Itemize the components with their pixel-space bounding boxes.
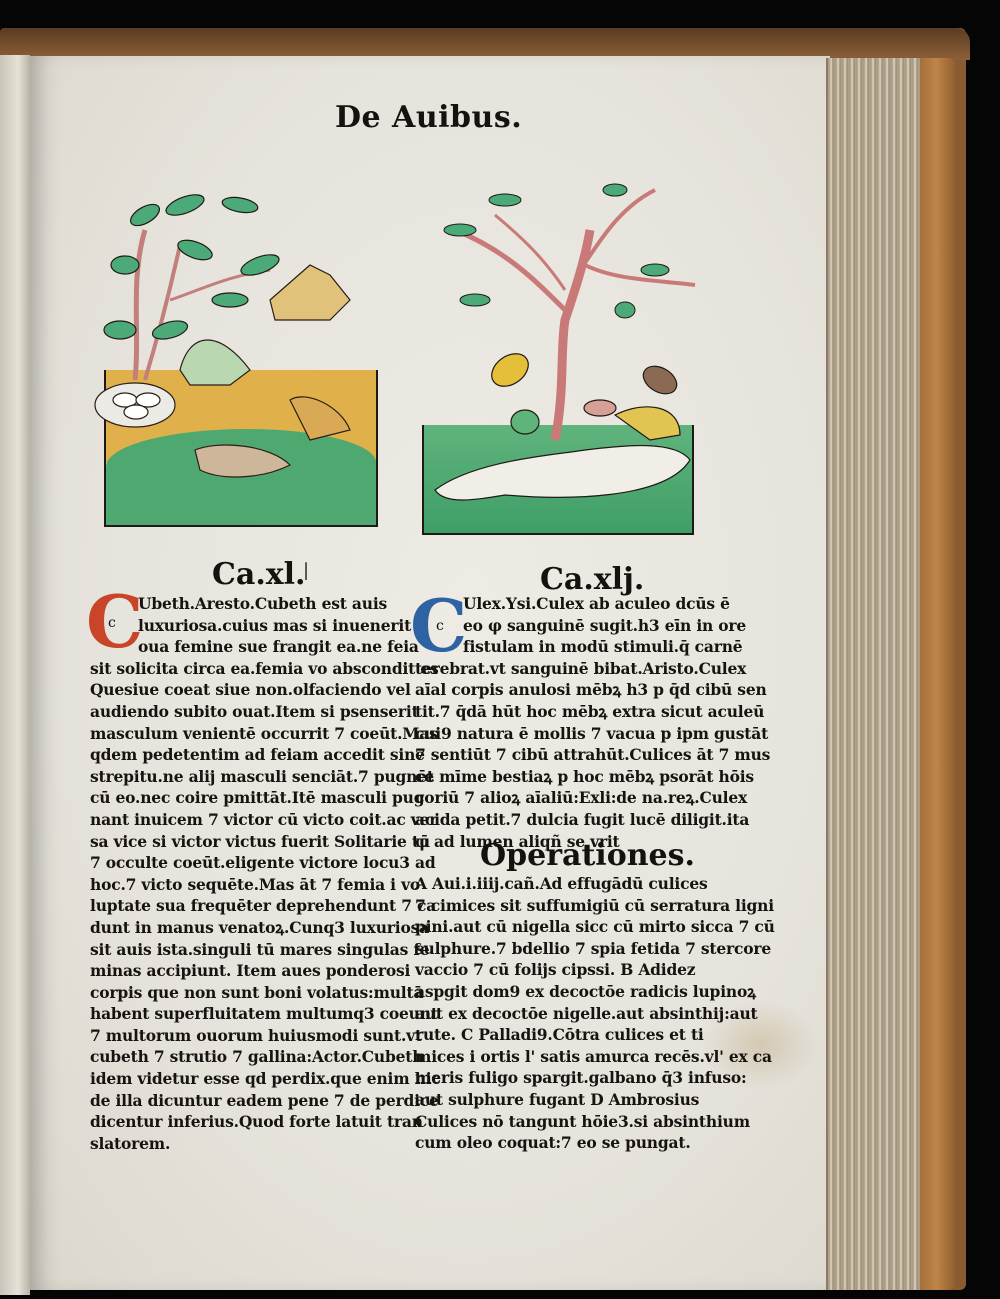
text-line: tit.7 q̄dā hūt hoc mēbꝝ extra sicut acul…	[415, 701, 745, 723]
text-line: 7 sentiūt 7 cibū attrahūt.Culices āt 7 m…	[415, 744, 745, 766]
text-line: audiendo subito ouat.Item si psenserit	[90, 701, 390, 723]
text-line: cum oleo coquat:7 eo se pungat.	[415, 1132, 745, 1154]
text-line: oua femine sue frangit ea.ne feia	[90, 636, 390, 658]
text-line: dunt in manus venatoꝝ.Cunq3 luxuriosa	[90, 917, 390, 939]
text-line: hoc.7 victo sequēte.Mas āt 7 femia i vo	[90, 874, 390, 896]
text-line: 7 multorum ouorum huiusmodi sunt.vt	[90, 1025, 390, 1047]
binding-board-edge	[920, 58, 956, 1290]
text-line: sulphure.7 bdellio 7 spia fetida 7 sterc…	[415, 938, 745, 960]
text-line: nant inuicem 7 victor cū victo coit.ac v…	[90, 809, 390, 831]
column-right-text: Ulex.Ysi.Culex ab aculeo dcūs ē eo φ san…	[415, 593, 745, 852]
text-line: strepitu.ne alij masculi senciāt.7 pugnē…	[90, 766, 390, 788]
woodcut-birds-drawing	[100, 190, 390, 530]
text-line: cui9 natura ē mollis 7 vacua p ipm gustā…	[415, 723, 745, 745]
page-fore-edge	[826, 58, 922, 1290]
text-line: pini.aut cū nigella sicc cū mirto sicca …	[415, 916, 745, 938]
text-line: cū eo.nec coire pmittāt.Itē masculi pug	[90, 787, 390, 809]
text-line: sa vice si victor victus fuerit Solitari…	[90, 831, 390, 853]
text-line: Ubeth.Aresto.Cubeth est auis	[90, 593, 390, 615]
column-left-text: Ubeth.Aresto.Cubeth est auis luxuriosa.c…	[90, 593, 390, 1154]
text-line: A Aui.i.iiij.cañ.Ad effugādū culices	[415, 873, 745, 895]
text-line: Culices nō tangunt hōie3.si absinthium	[415, 1111, 745, 1133]
text-line: minas accipiunt. Item aues ponderosi	[90, 960, 390, 982]
text-line: habent superfluitatem multumq3 coeunt	[90, 1003, 390, 1025]
text-line: mices i ortis l' satis amurca recēs.vl' …	[415, 1046, 745, 1068]
text-line: sit solicita circa ea.femia vo abscondit…	[90, 658, 390, 680]
text-line: aut sulphure fugant D Ambrosius	[415, 1089, 745, 1111]
text-line: aut ex decoctōe nigelle.aut absinthij:au…	[415, 1003, 745, 1025]
facing-page-edge	[0, 55, 30, 1295]
chapter-title-xli: Ca.xlj.	[540, 562, 644, 597]
text-line: coriū 7 alioꝝ aīaliū:Exli:de na.reꝝ.Cule…	[415, 787, 745, 809]
text-line: vaccio 7 cū folijs cipssi. B Adidez	[415, 959, 745, 981]
text-line: acida petit.7 dulcia fugit lucē diligit.…	[415, 809, 745, 831]
chapter-title-xl: Ca.xl.	[212, 557, 306, 592]
text-line: de illa dicuntur eadem pene 7 de perdice	[90, 1090, 390, 1112]
text-line: slatorem.	[90, 1133, 390, 1155]
woodcut-gnats-drawing	[415, 170, 705, 540]
text-line: ce mīme bestiaꝝ p hoc mēbꝝ psorāt hōis	[415, 766, 745, 788]
operationes-heading: Operationes.	[480, 838, 695, 873]
text-line: fistulam in modū stimuli.q̄ carnē	[415, 636, 745, 658]
text-line: qdem pedetentim ad feiam accedit sine	[90, 744, 390, 766]
margin-mark: |	[303, 560, 309, 581]
text-line: 7 cimices sit suffumigiū cū serratura li…	[415, 895, 745, 917]
text-line: masculum venientē occurrit 7 coeūt.Mas	[90, 723, 390, 745]
text-line: meris fuligo spargit.galbano q̄3 infuso:	[415, 1067, 745, 1089]
running-head: De Auibus.	[335, 100, 522, 135]
text-line: rute. C Palladi9.Cōtra culices et ti	[415, 1024, 745, 1046]
text-line: Ulex.Ysi.Culex ab aculeo dcūs ē	[415, 593, 745, 615]
text-line: sit auis ista.singuli tū mares singulas …	[90, 939, 390, 961]
operationes-text: A Aui.i.iiij.cañ.Ad effugādū culices 7 c…	[415, 873, 745, 1154]
text-line: aspgit dom9 ex decoctōe radicis lupinoꝝ	[415, 981, 745, 1003]
text-line: luxuriosa.cuius mas si inuenerit	[90, 615, 390, 637]
text-line: eo φ sanguinē sugit.h3 eīn in ore	[415, 615, 745, 637]
text-line: cubeth 7 strutio 7 gallina:Actor.Cubeth	[90, 1046, 390, 1068]
text-line: corpis que non sunt boni volatus:multā	[90, 982, 390, 1004]
text-line: luptate sua frequēter deprehendunt 7 ca	[90, 895, 390, 917]
text-line: 7 occulte coeūt.eligente victore locu3 a…	[90, 852, 390, 874]
text-line: terebrat.vt sanguinē bibat.Aristo.Culex	[415, 658, 745, 680]
text-line: idem videtur esse qd perdix.que enim hic	[90, 1068, 390, 1090]
text-line: dicentur inferius.Quod forte latuit tran	[90, 1111, 390, 1133]
text-line: aīal corpis anulosi mēbꝝ h3 p q̄d cibū s…	[415, 679, 745, 701]
text-line: Quesiue coeat siue non.olfaciendo vel	[90, 679, 390, 701]
